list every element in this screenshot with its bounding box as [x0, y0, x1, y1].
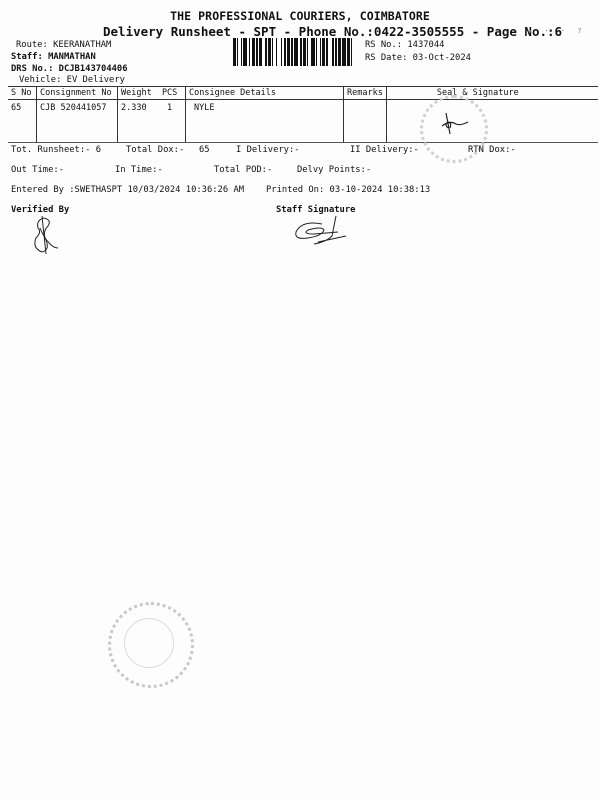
total-dox-value: 65: [199, 145, 210, 155]
in-time: In Time:-: [115, 165, 163, 175]
cell-seal: [386, 100, 598, 143]
table-header-row: S No Consignment No Weight PCS Consignee…: [8, 87, 598, 100]
cell-consignment-no: CJB 520441057: [37, 100, 118, 143]
faint-stamp-inner-ring: [124, 618, 174, 668]
cell-consignee: NYLE: [186, 100, 344, 143]
delvy-points: Delvy Points:-: [297, 165, 371, 175]
corner-marks: ▴ · · ?: [528, 27, 586, 35]
total-pod: Total POD:-: [214, 165, 272, 175]
i-delivery: I Delivery:-: [236, 145, 300, 155]
col-seal-signature: Seal & Signature: [386, 87, 598, 100]
total-dox-label: Total Dox:-: [126, 145, 184, 155]
rs-date: RS Date: 03-Oct-2024: [365, 53, 471, 63]
entered-by: Entered By :SWETHASPT 10/03/2024 10:36:2…: [11, 185, 244, 195]
verifier-signature-icon: [28, 214, 68, 258]
out-time: Out Time:-: [11, 165, 64, 175]
drs-number: DRS No.: DCJB143704406: [11, 64, 128, 74]
company-title: THE PROFESSIONAL COURIERS, COIMBATORE: [0, 9, 600, 23]
col-remarks: Remarks: [344, 87, 387, 100]
ii-delivery: II Delivery:-: [350, 145, 419, 155]
rtn-dox: RTN Dox:-: [468, 145, 516, 155]
vehicle-label: Vehicle: EV Delivery: [19, 75, 125, 85]
runsheet-subtitle: Delivery Runsheet - SPT - Phone No.:0422…: [103, 24, 562, 39]
cell-remarks: [344, 100, 387, 143]
staff-signature-icon: [292, 214, 352, 246]
col-s-no: S No: [8, 87, 37, 100]
route-label: Route: KEERANATHAM: [16, 40, 111, 50]
rs-number: RS No.: 1437044: [365, 40, 444, 50]
barcode: [233, 38, 355, 66]
printed-on: Printed On: 03-10-2024 10:38:13: [266, 185, 430, 195]
cell-s-no: 65: [8, 100, 37, 143]
runsheet-table: S No Consignment No Weight PCS Consignee…: [8, 86, 598, 143]
staff-label: Staff: MANMATHAN: [11, 52, 96, 62]
col-consignment-no: Consignment No: [37, 87, 118, 100]
seal-signature-icon: [440, 110, 470, 138]
col-weight-pcs: Weight PCS: [118, 87, 186, 100]
table-row: 65 CJB 520441057 2.330 1 NYLE: [8, 100, 598, 143]
cell-weight-pcs: 2.330 1: [118, 100, 186, 143]
col-consignee-details: Consignee Details: [186, 87, 344, 100]
total-runsheet: Tot. Runsheet:- 6: [11, 145, 101, 155]
